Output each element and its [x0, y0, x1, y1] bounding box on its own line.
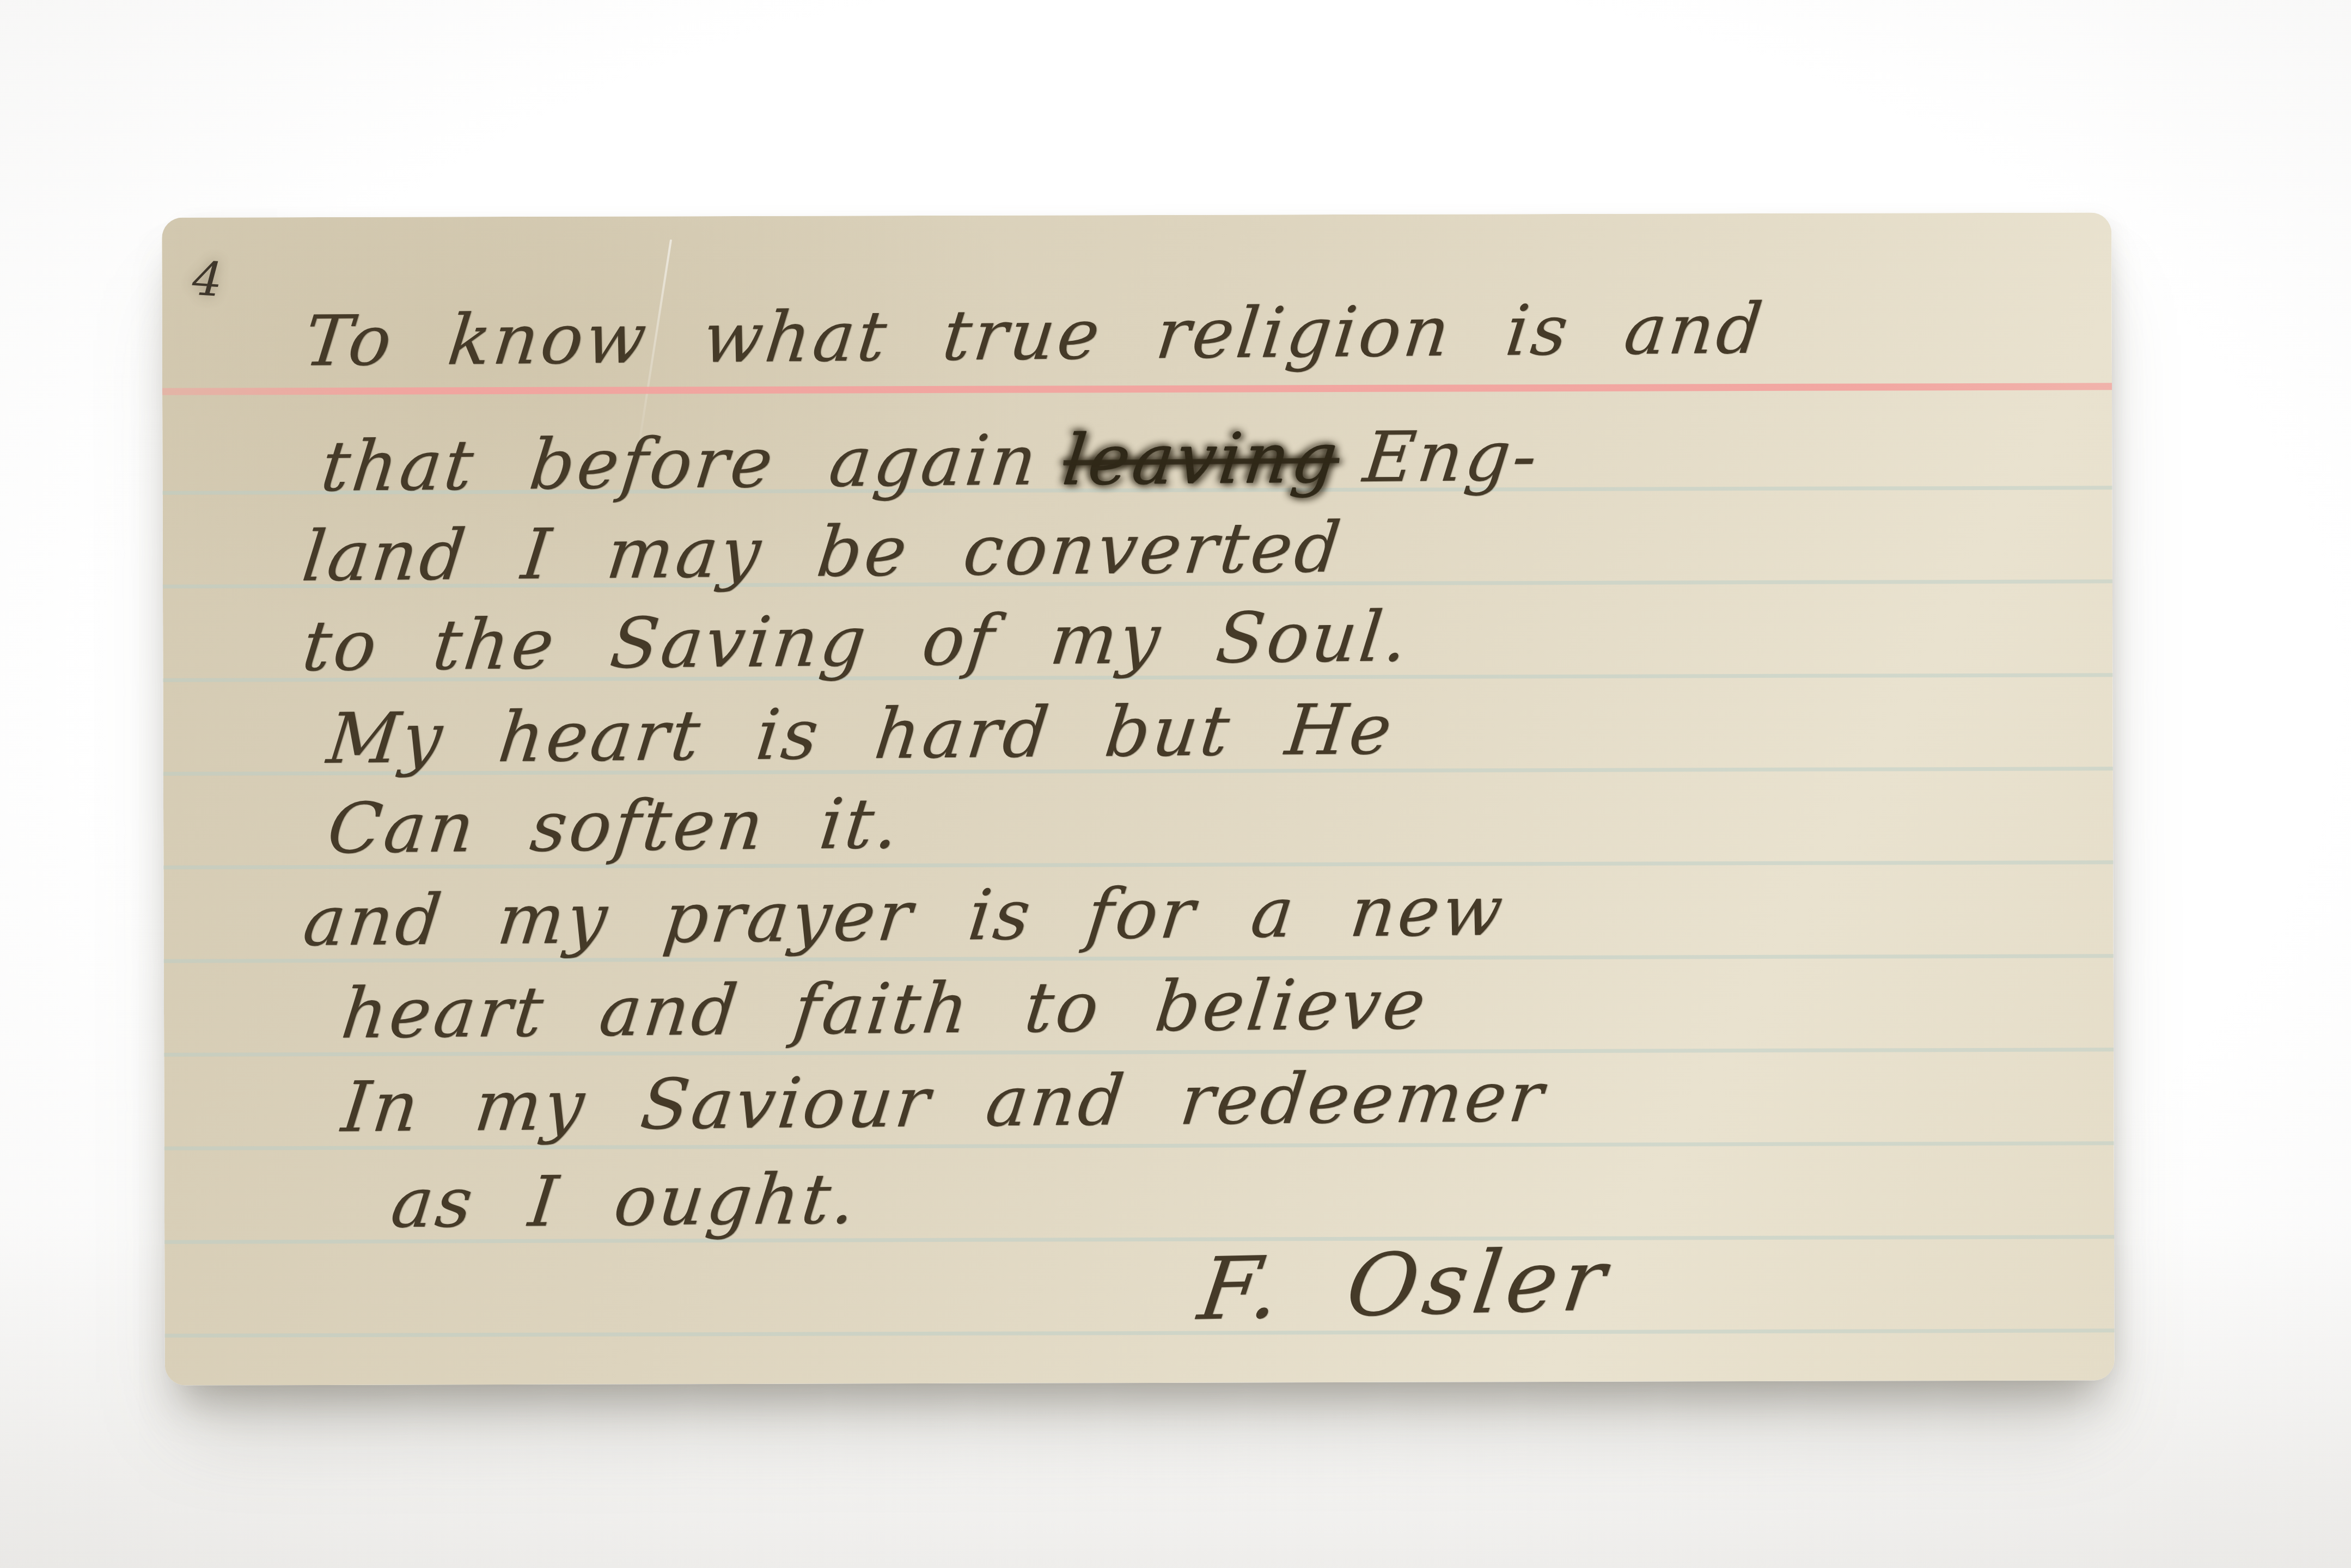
photo-background: 4 To know what true religion is and that…	[0, 0, 2351, 1568]
handwritten-line-3: land I may be converted	[299, 513, 1346, 592]
handwritten-line-6: Can soften it.	[324, 789, 905, 864]
handwritten-line-4: to the Saving of my Soul.	[299, 602, 1413, 682]
handwritten-line-2: that before againleavingEng-	[318, 421, 1543, 502]
handwritten-line-1: To know what true religion is and	[301, 295, 1768, 377]
handwritten-line-8: heart and faith to believe	[338, 970, 1431, 1049]
page-number: 4	[191, 252, 224, 308]
handwritten-line-5: My heart is hard but He	[324, 695, 1398, 774]
red-rule-line	[162, 383, 2112, 395]
line-2-text-before: that before again	[317, 420, 1043, 507]
handwritten-line-7: and my prayer is for a new	[300, 877, 1509, 957]
line-2-text-after: Eng-	[1359, 415, 1543, 498]
handwritten-line-10: as I ought.	[388, 1165, 862, 1238]
index-card: 4 To know what true religion is and that…	[162, 212, 2115, 1385]
ruled-line	[165, 1328, 2115, 1337]
signature: F. Osler	[1194, 1237, 1616, 1333]
crossed-out-word: leaving	[1059, 418, 1344, 501]
handwritten-line-9: In my Saviour and redeemer	[339, 1063, 1549, 1143]
